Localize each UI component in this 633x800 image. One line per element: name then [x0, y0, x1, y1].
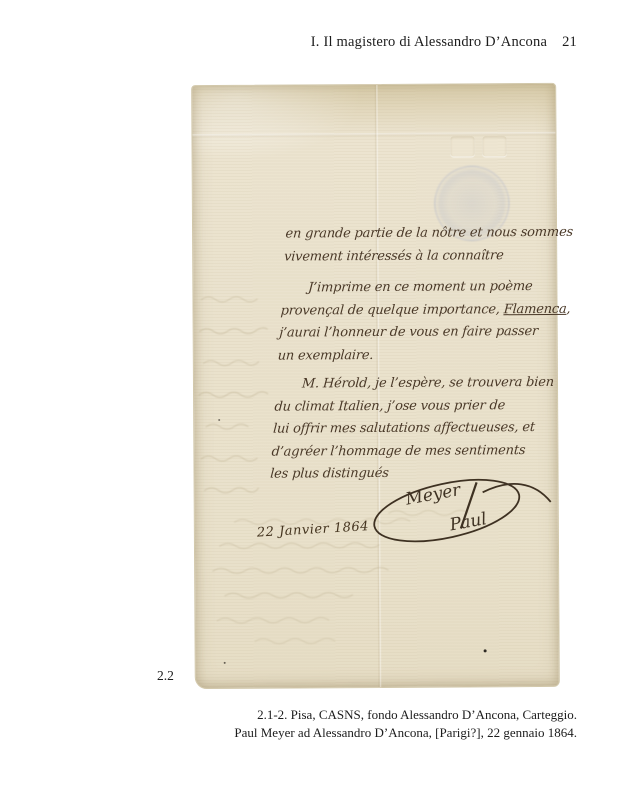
letter-line: J’imprime en ce moment un poème [281, 276, 559, 300]
caption-line-2: Paul Meyer ad Alessandro D’Ancona, [Pari… [0, 724, 577, 742]
letter-line: du climat Italien, j’ose vous prier de [274, 394, 552, 418]
underlined-word: Flamenca [503, 301, 567, 316]
running-header: I. Il magistero di Alessandro D’Ancona21 [0, 34, 577, 51]
letter-line: lui offrir mes salutations affectueuses,… [272, 417, 550, 441]
ink-spot [224, 662, 226, 664]
chapter-title: I. Il magistero di Alessandro D’Ancona [311, 34, 547, 50]
letter-line: M. Hérold, je l’espère, se trouvera bien [275, 372, 553, 396]
ink-spot [484, 649, 487, 652]
letter-line: un exemplaire. [277, 343, 555, 367]
figure-caption: 2.1-2. Pisa, CASNS, fondo Alessandro D’A… [0, 706, 577, 741]
page-number: 21 [562, 34, 577, 50]
letter-line-flamenca: provençal de quelque importance, Flamenc… [280, 298, 558, 322]
book-page: I. Il magistero di Alessandro D’Ancona21… [0, 0, 633, 800]
signature-flourish: Meyer Paul [364, 466, 556, 547]
signature-firstname: Paul [447, 509, 488, 536]
letter-body-text: en grande partie de la nôtre et nous som… [269, 222, 563, 486]
letter-scan: en grande partie de la nôtre et nous som… [191, 83, 560, 689]
ink-spot [218, 419, 220, 421]
letter-line: en grande partie de la nôtre et nous som… [285, 222, 563, 246]
letter-line: d’agréer l’hommage de mes sentiments [271, 439, 549, 463]
caption-line-1: 2.1-2. Pisa, CASNS, fondo Alessandro D’A… [0, 706, 577, 724]
signature-surname: Meyer [403, 480, 463, 510]
letter-line: j’aurai l’honneur de vous en faire passe… [278, 321, 556, 345]
figure-label: 2.2 [157, 668, 174, 684]
letter-line: vivement intéressés à la connaître [283, 244, 561, 268]
